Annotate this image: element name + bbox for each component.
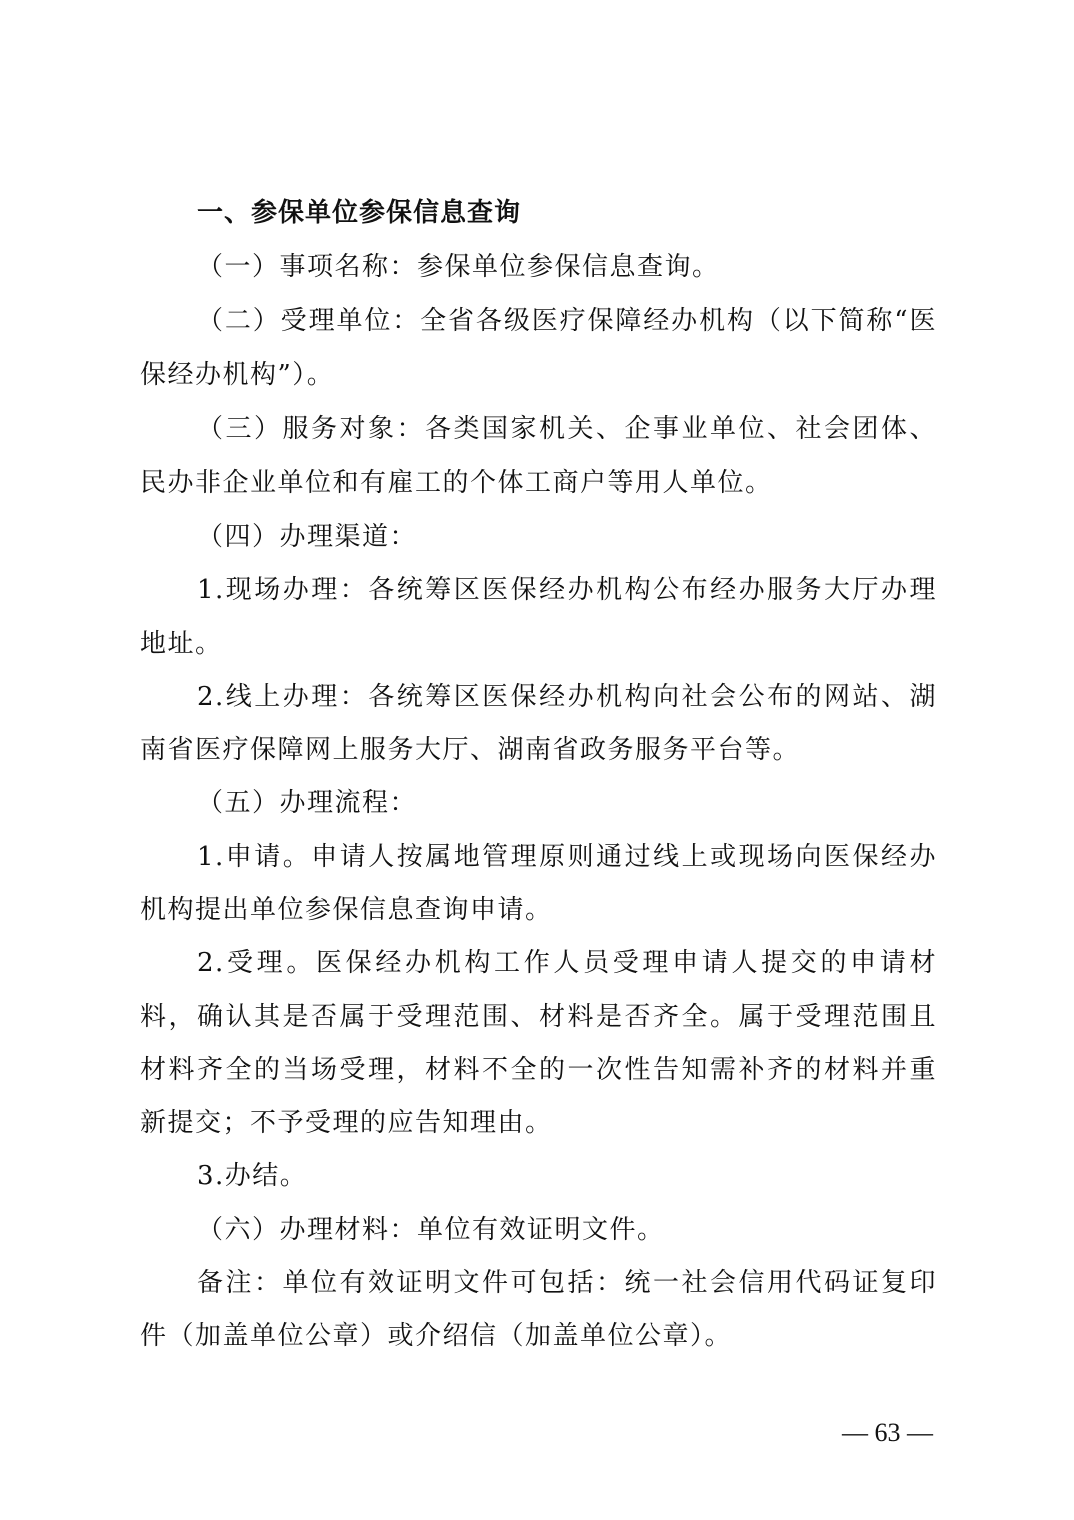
section-heading: 一、参保单位参保信息查询 (197, 195, 521, 231)
service-target-line-cont: 民办非企业单位和有雇工的个体工商户等用人单位。 (140, 465, 937, 501)
materials-line: （六）办理材料：单位有效证明文件。 (197, 1212, 937, 1248)
page-number: — 63 — (842, 1418, 933, 1448)
accepting-unit-line-cont: 保经办机构”）。 (140, 357, 937, 393)
process-heading: （五）办理流程： (197, 785, 937, 821)
process-accept-line: 2.受理。医保经办机构工作人员受理申请人提交的申请材 (197, 945, 937, 981)
process-complete-line: 3.办结。 (197, 1158, 937, 1194)
service-target-line: （三）服务对象：各类国家机关、企事业单位、社会团体、 (197, 411, 937, 447)
channel-online-line: 2.线上办理：各统筹区医保经办机构向社会公布的网站、湖 (197, 679, 937, 715)
note-line: 备注：单位有效证明文件可包括：统一社会信用代码证复印 (197, 1265, 937, 1301)
channel-onsite-line: 1.现场办理：各统筹区医保经办机构公布经办服务大厅办理 (197, 572, 937, 608)
note-line-cont: 件（加盖单位公章）或介绍信（加盖单位公章）。 (140, 1318, 937, 1354)
process-accept-line-cont-1: 料，确认其是否属于受理范围、材料是否齐全。属于受理范围且 (140, 999, 937, 1035)
document-page: 一、参保单位参保信息查询 （一）事项名称：参保单位参保信息查询。 （二）受理单位… (0, 0, 1074, 1520)
process-accept-line-cont-3: 新提交；不予受理的应告知理由。 (140, 1105, 937, 1141)
process-apply-line-cont: 机构提出单位参保信息查询申请。 (140, 892, 937, 928)
channel-online-line-cont: 南省医疗保障网上服务大厅、湖南省政务服务平台等。 (140, 732, 937, 768)
accepting-unit-line: （二）受理单位：全省各级医疗保障经办机构（以下简称“医 (197, 303, 937, 339)
process-accept-line-cont-2: 材料齐全的当场受理，材料不全的一次性告知需补齐的材料并重 (140, 1052, 937, 1088)
process-apply-line: 1.申请。申请人按属地管理原则通过线上或现场向医保经办 (197, 839, 937, 875)
channel-onsite-line-cont: 地址。 (140, 626, 937, 662)
item-name-line: （一）事项名称：参保单位参保信息查询。 (197, 249, 937, 285)
channels-heading: （四）办理渠道： (197, 519, 937, 555)
